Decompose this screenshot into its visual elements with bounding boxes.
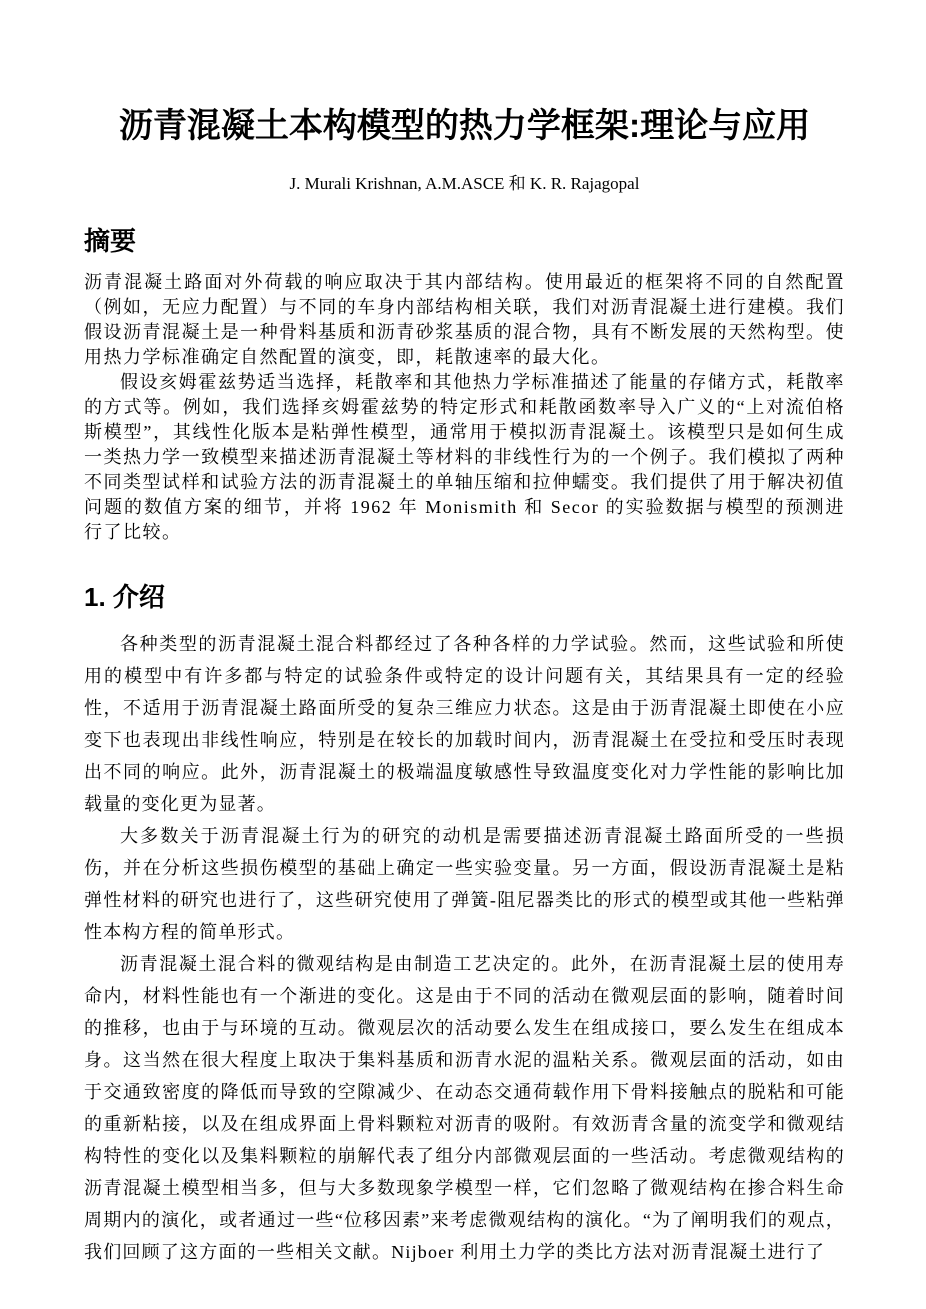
- introduction-paragraph-3: 沥青混凝土混合料的微观结构是由制造工艺决定的。此外，在沥青混凝土层的使用寿命内，…: [84, 948, 845, 1268]
- introduction-paragraph-1: 各种类型的沥青混凝土混合料都经过了各种各样的力学试验。然而，这些试验和所使用的模…: [84, 628, 845, 820]
- paper-title: 沥青混凝土本构模型的热力学框架:理论与应用: [84, 0, 845, 150]
- authors-line: J. Murali Krishnan, A.M.ASCE 和 K. R. Raj…: [84, 174, 845, 194]
- abstract-heading: 摘要: [84, 226, 845, 257]
- abstract-paragraph-1: 沥青混凝土路面对外荷载的响应取决于其内部结构。使用最近的框架将不同的自然配置（例…: [84, 270, 845, 370]
- introduction-heading: 1. 介绍: [84, 582, 845, 613]
- document-page: 沥青混凝土本构模型的热力学框架:理论与应用 J. Murali Krishnan…: [0, 0, 926, 1309]
- abstract-paragraph-2: 假设亥姆霍兹势适当选择，耗散率和其他热力学标准描述了能量的存储方式，耗散率的方式…: [84, 370, 845, 545]
- introduction-paragraph-2: 大多数关于沥青混凝土行为的研究的动机是需要描述沥青混凝土路面所受的一些损伤，并在…: [84, 820, 845, 948]
